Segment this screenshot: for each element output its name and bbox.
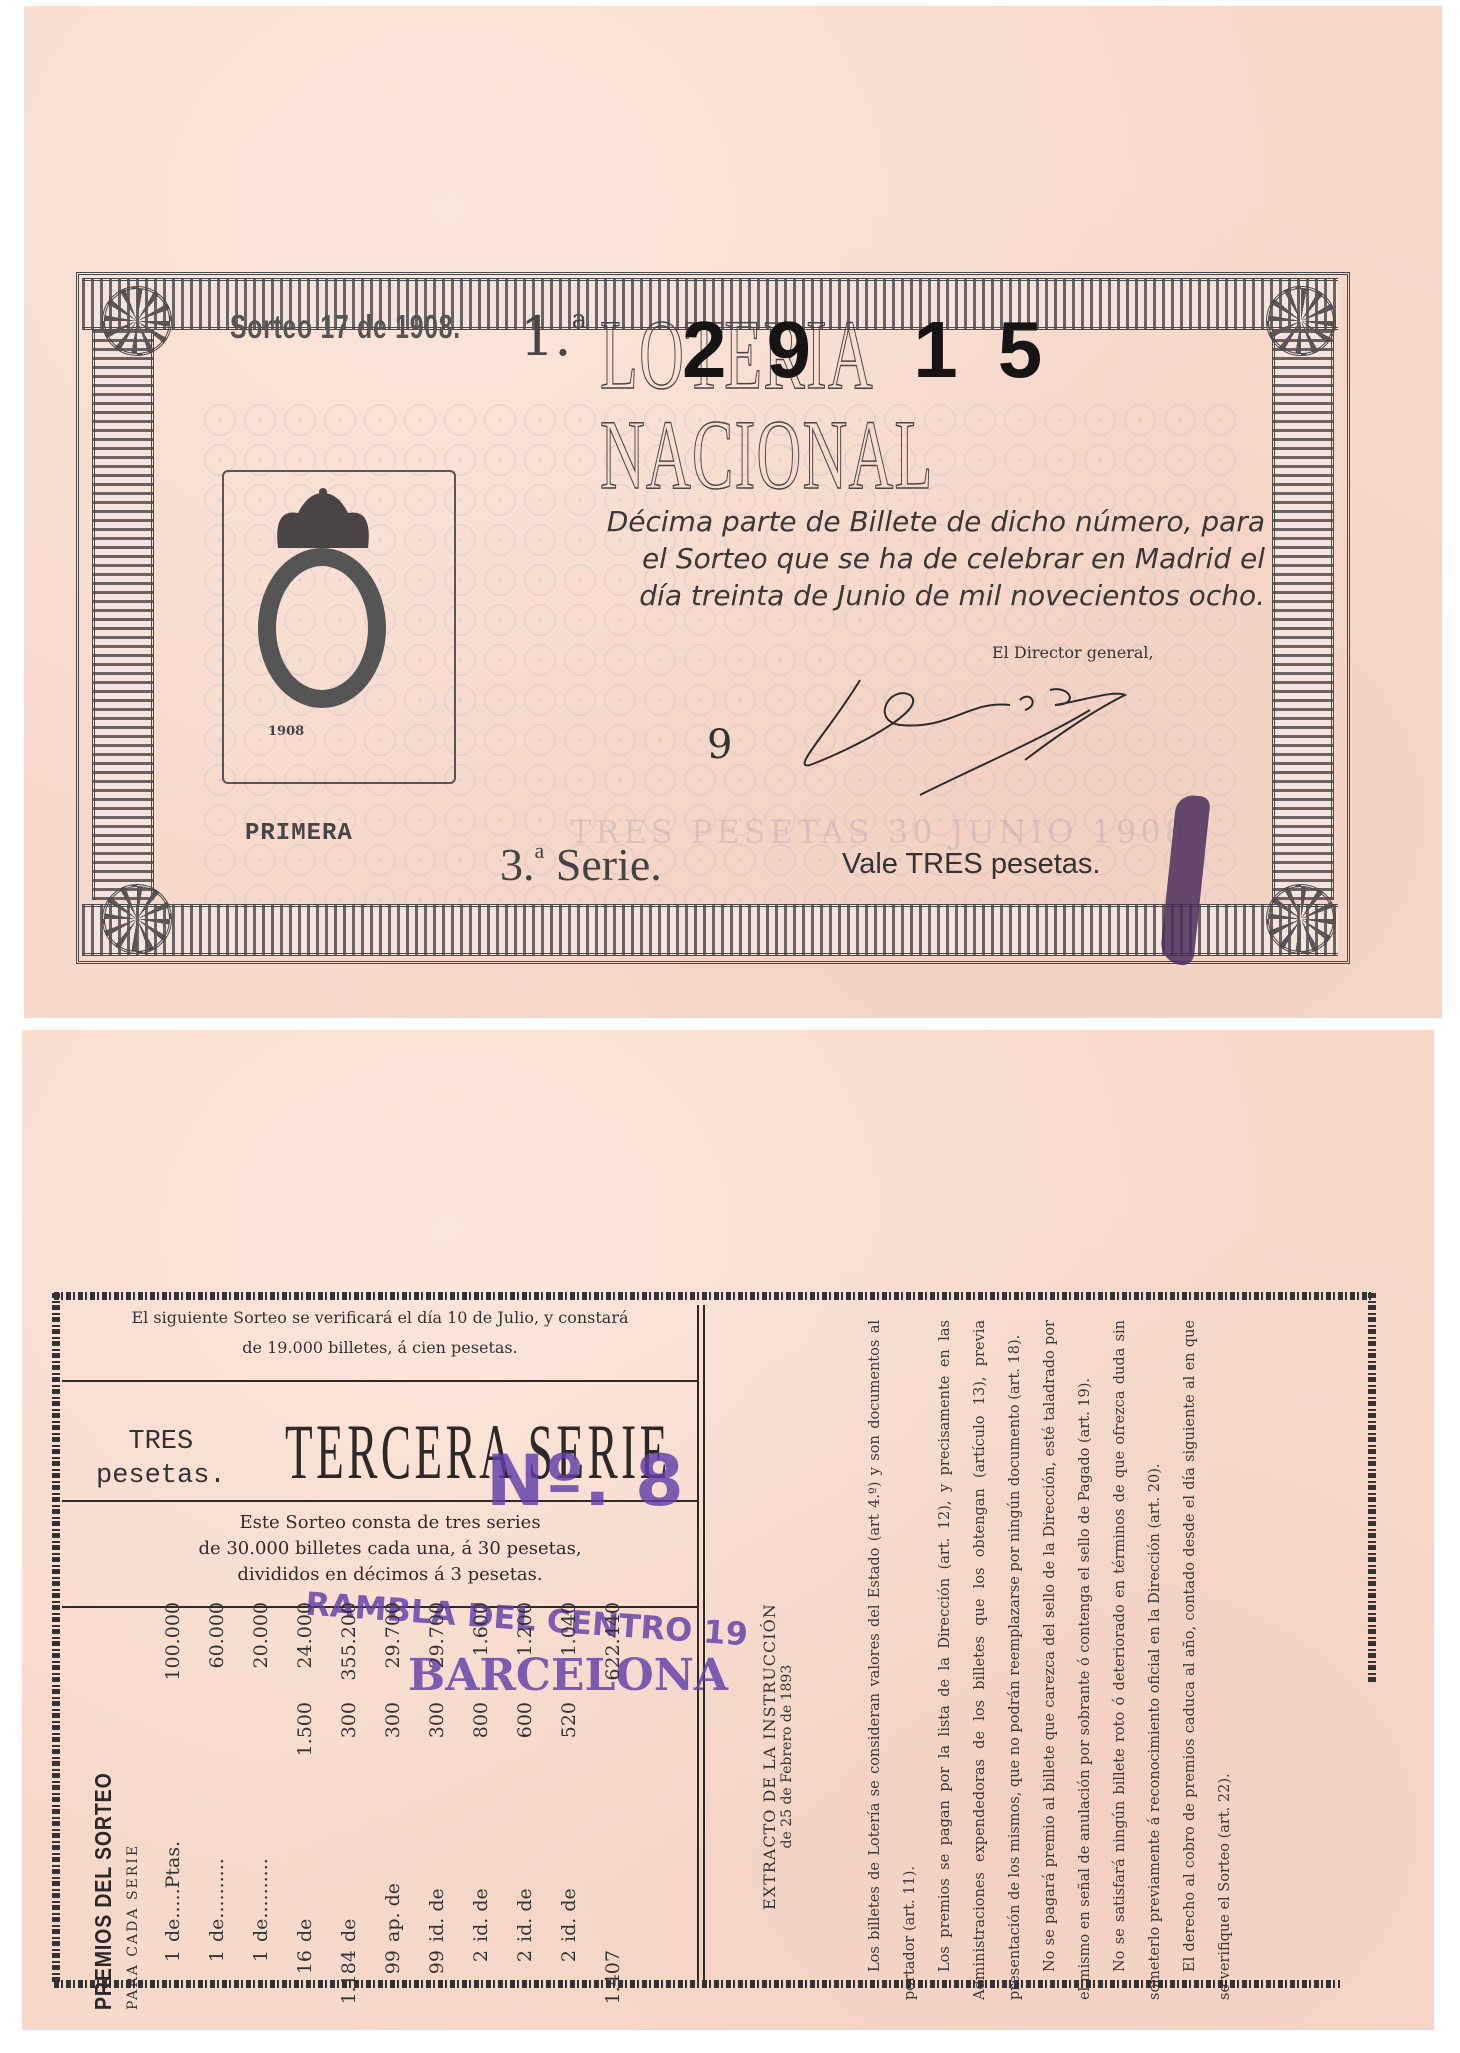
prize-desc: id. de <box>514 1792 536 1942</box>
prize-unit: 300 <box>338 1702 360 1792</box>
prize-count: 1 <box>162 1942 184 2010</box>
total-amount: 622.440 <box>602 1602 624 1702</box>
dotted-border-left <box>52 1292 60 1982</box>
extract-title: EXTRACTO DE LA INSTRUCCIÓN <box>760 1603 779 1910</box>
prize-total: 24.000 <box>294 1602 316 1702</box>
rules-text: Los billetes de Lotería se consideran va… <box>858 1320 1243 2000</box>
prize-count: 16 <box>294 1942 316 2010</box>
prizes-table: PREMIOS DEL SORTEO PARA CADA SERIE 1de..… <box>90 1602 635 2010</box>
prize-count: 2 <box>470 1942 492 2010</box>
prize-desc: id. de <box>426 1792 448 1942</box>
sorteo-label: Sorteo 17 de 1908. <box>230 308 461 346</box>
director-signature-icon <box>790 670 1190 800</box>
prize-total: 29.700 <box>382 1602 404 1702</box>
prize-desc: de <box>294 1792 316 1942</box>
description-block: Décima parte de Billete de dicho número,… <box>505 503 1265 614</box>
prize-unit: 1.500 <box>294 1702 316 1792</box>
section-rule <box>62 1380 698 1382</box>
next-draw-notice: El siguiente Sorteo se verificará el día… <box>80 1303 680 1363</box>
prize-count: 99 <box>426 1942 448 2010</box>
corner-rosette-icon <box>102 286 172 356</box>
prize-row: 16de1.50024.000 <box>283 1602 327 2010</box>
rule-paragraph: No se pagará premio al billete que carez… <box>1033 1320 1103 2000</box>
corner-rosette-icon <box>102 884 172 954</box>
frame-right-band <box>1272 330 1334 900</box>
series-name: PRIMERA <box>245 820 353 847</box>
prize-desc: de <box>338 1792 360 1942</box>
prize-count: 2 <box>514 1942 536 2010</box>
composition-line: divididos en décimos á 3 pesetas. <box>110 1562 670 1588</box>
prize-count: 1.184 <box>338 1942 360 2010</box>
serie-number: 3. <box>500 839 535 890</box>
prize-total: 1.040 <box>558 1602 580 1702</box>
prize-total: 29.700 <box>426 1602 448 1702</box>
prize-count: 99 <box>382 1942 404 2010</box>
prize-unit: 520 <box>558 1702 580 1792</box>
corner-rosette-icon <box>1266 286 1336 356</box>
prize-total: 355.200 <box>338 1602 360 1702</box>
rule-paragraph: No se satisfará ningún billete roto ó de… <box>1103 1320 1173 2000</box>
prize-row: 99ap. de30029.700 <box>371 1602 415 2010</box>
prize-unit: 300 <box>426 1702 448 1792</box>
prize-count: 1 <box>206 1942 228 2010</box>
prize-desc: de.......... <box>250 1792 272 1942</box>
prize-total: 100.000 <box>162 1602 184 1702</box>
treasury-seal-icon <box>258 548 386 708</box>
prize-rows: 1de.....Ptas.100.0001de..........60.0001… <box>151 1602 591 2010</box>
corner-rosette-icon <box>1266 884 1336 954</box>
prize-unit: 300 <box>382 1702 404 1792</box>
total-count: 1.407 <box>602 1942 624 2010</box>
prize-row: 1de..........60.000 <box>195 1602 239 2010</box>
prize-unit: 800 <box>470 1702 492 1792</box>
rule-paragraph: El derecho al cobro de premios caduca al… <box>1173 1320 1243 2000</box>
serie-label: 3.a Serie. <box>500 838 662 891</box>
prize-total: 20.000 <box>250 1602 272 1702</box>
prize-desc: id. de <box>558 1792 580 1942</box>
prizes-title: PREMIOS DEL SORTEO <box>90 1663 117 2010</box>
prize-row: 1de..........20.000 <box>239 1602 283 2010</box>
rule-paragraph: Los premios se pagan por la lista de la … <box>928 1320 1033 2000</box>
prize-row: 1.184de300355.200 <box>327 1602 371 2010</box>
ordinal-suffix: a <box>572 305 588 335</box>
dotted-border-top <box>54 1292 1374 1300</box>
prize-row: 99id. de30029.700 <box>415 1602 459 2010</box>
prize-desc: de.....Ptas. <box>162 1792 184 1942</box>
prize-total: 1.200 <box>514 1602 536 1702</box>
prize-total: 1.600 <box>470 1602 492 1702</box>
price-label: TRES pesetas. <box>96 1425 226 1493</box>
prize-row: 1de.....Ptas.100.000 <box>151 1602 195 2010</box>
prize-count: 2 <box>558 1942 580 2010</box>
stamp-number: Nº. 8 <box>486 1440 684 1522</box>
serie-word: Serie. <box>556 839 662 890</box>
prize-row: 2id. de5201.040 <box>547 1602 591 2010</box>
ordinal-number: 1. <box>520 305 572 368</box>
rule-paragraph: Los billetes de Lotería se consideran va… <box>858 1320 928 2000</box>
director-label: El Director general, <box>992 643 1154 662</box>
notice-line: de 19.000 billetes, á cien pesetas. <box>80 1333 680 1363</box>
dotted-border-right <box>1368 1292 1376 1682</box>
description-line: el Sorteo que se ha de celebrar en Madri… <box>505 540 1265 577</box>
description-line: día treinta de Junio de mil novecientos … <box>505 577 1265 614</box>
prize-unit: 600 <box>514 1702 536 1792</box>
frame-bottom-band <box>82 904 1338 956</box>
frame-left-band <box>92 330 154 900</box>
prize-desc: id. de <box>470 1792 492 1942</box>
value-text: Vale TRES pesetas. <box>842 848 1100 881</box>
prize-total-row: 1.407 622.440 <box>591 1602 635 2010</box>
ticket-number: 29 15 <box>682 310 1082 390</box>
serie-suffix: a <box>535 838 545 863</box>
watermark-text: TRES PESETAS 30 JUNIO 1908 <box>570 813 1189 851</box>
prize-desc: ap. de <box>382 1792 404 1942</box>
prize-row: 2id. de8001.600 <box>459 1602 503 2010</box>
prizes-subtitle: PARA CADA SERIE <box>125 1602 141 2010</box>
price-amount: TRES <box>96 1425 226 1459</box>
prize-total: 60.000 <box>206 1602 228 1702</box>
extract-subtitle: de 25 de Febrero de 1893 <box>779 1603 795 1910</box>
prize-desc: de.......... <box>206 1792 228 1942</box>
composition-line: de 30.000 billetes cada una, á 30 peseta… <box>110 1536 670 1562</box>
seal-year: 1908 <box>268 724 304 739</box>
price-currency: pesetas. <box>96 1459 226 1493</box>
instruction-extract-heading: EXTRACTO DE LA INSTRUCCIÓN de 25 de Febr… <box>760 1603 795 1910</box>
prize-count: 1 <box>250 1942 272 2010</box>
decimo-number: 9 <box>707 722 732 768</box>
notice-line: El siguiente Sorteo se verificará el día… <box>80 1303 680 1333</box>
draw-ordinal: 1.a <box>520 305 587 368</box>
description-line: Décima parte de Billete de dicho número,… <box>505 503 1265 540</box>
prize-row: 2id. de6001.200 <box>503 1602 547 2010</box>
